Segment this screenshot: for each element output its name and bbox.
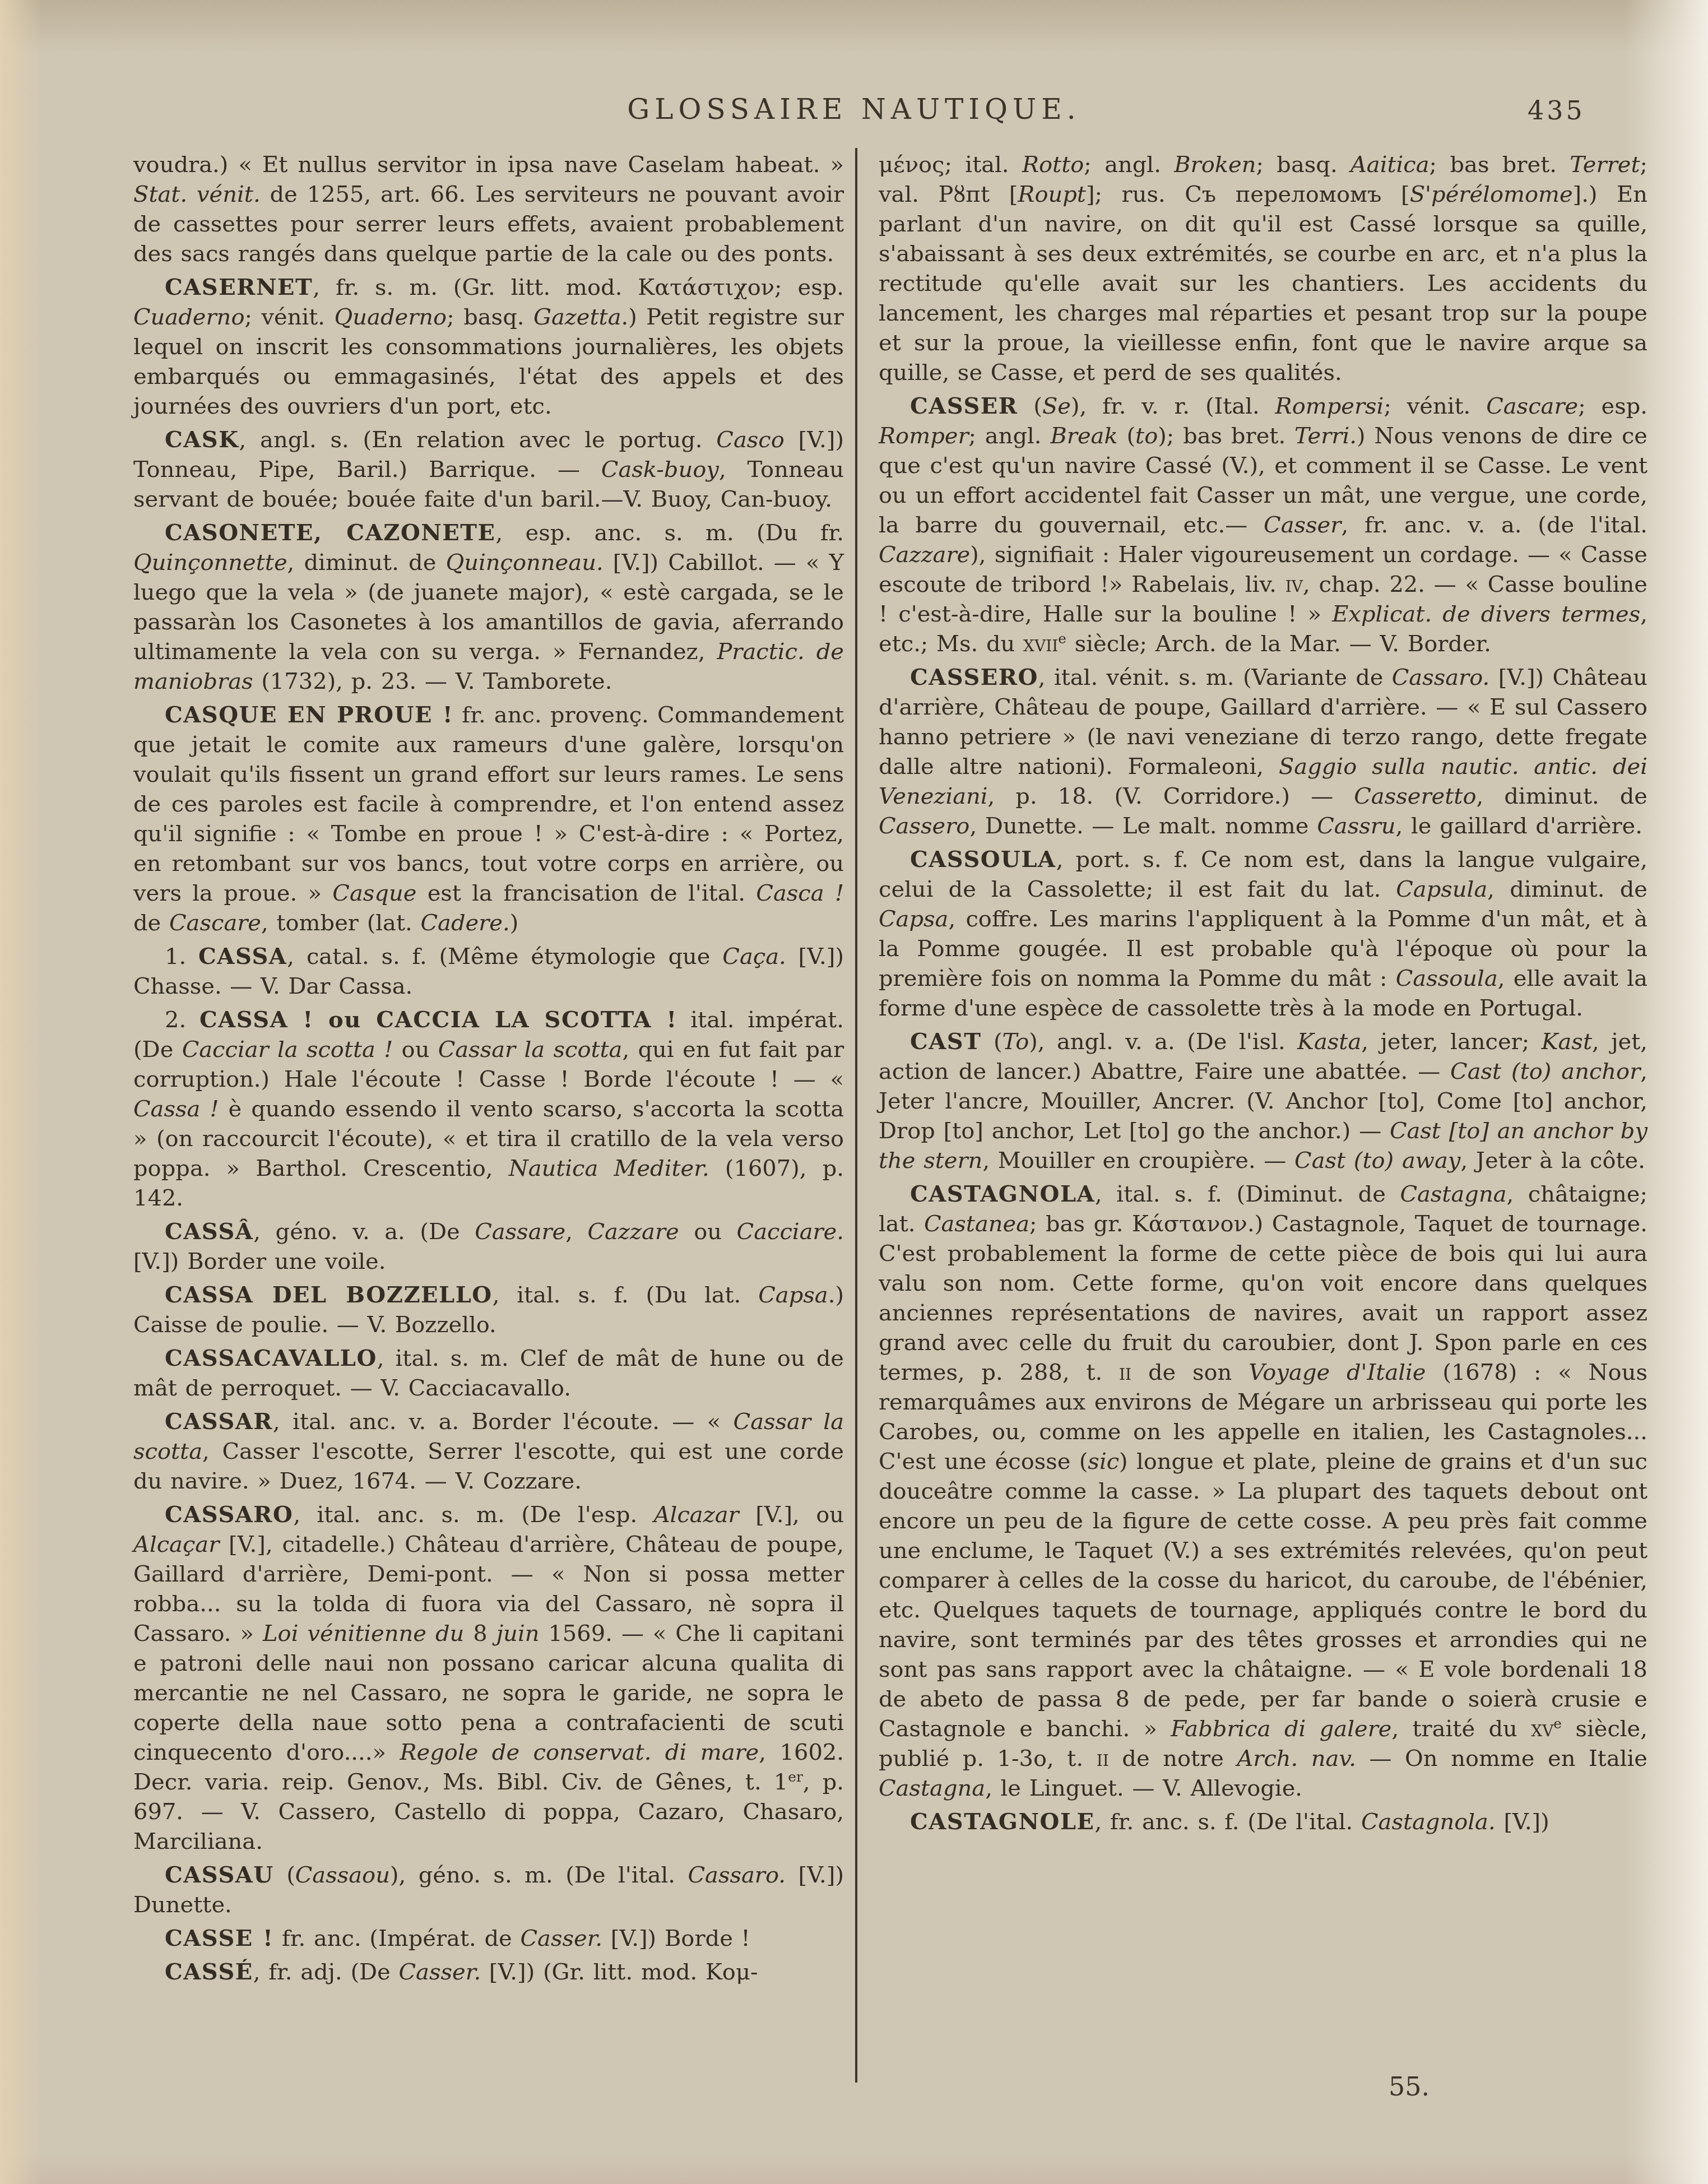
text-run: Kasta xyxy=(1297,1029,1361,1055)
text-run: Break xyxy=(1050,423,1117,449)
text-run: ; basq. xyxy=(447,304,533,330)
text-run: sic xyxy=(1088,1449,1119,1474)
text-run: Cassoula xyxy=(1396,966,1498,991)
entry-paragraph: CASSÂ, géno. v. a. (De Cassare, Cazzare … xyxy=(133,1217,844,1277)
entry-paragraph: CASERNET, fr. s. m. (Gr. litt. mod. Κατά… xyxy=(133,272,844,421)
entry-paragraph: CASSER (Se), fr. v. r. (Ital. Rompersi; … xyxy=(879,391,1647,659)
entry-paragraph: CASSA DEL BOZZELLO, ital. s. f. (Du lat.… xyxy=(133,1280,844,1340)
text-run: Cassa ! xyxy=(133,1096,219,1122)
text-run: Romper xyxy=(879,423,969,449)
text-run: ( xyxy=(1018,393,1042,419)
text-run: , Mouiller en croupière. — xyxy=(982,1148,1294,1174)
column-divider-rule xyxy=(855,148,857,2083)
text-run: siècle; Arch. de la Mar. — V. Border. xyxy=(1066,631,1491,657)
text-run: , diminut. de xyxy=(287,550,446,576)
text-run: ; basq. xyxy=(1256,152,1350,178)
text-run: iv xyxy=(1285,572,1303,597)
text-run: xv xyxy=(1531,1716,1553,1742)
text-run: ; angl. xyxy=(1084,152,1174,178)
text-run: Castagna xyxy=(1400,1181,1506,1207)
text-run: , fr. anc. v. a. (de l'ital. xyxy=(1341,512,1647,538)
text-run: ; angl. xyxy=(969,423,1051,449)
entry-paragraph: CASTAGNOLA, ital. s. f. (Diminut. de Cas… xyxy=(879,1179,1647,1803)
entry-headword: CASSER xyxy=(910,393,1018,419)
book-page: GLOSSAIRE NAUTIQUE. 435 voudra.) « Et nu… xyxy=(0,0,1708,2184)
text-run: Aaitica xyxy=(1350,152,1429,178)
text-run: Roupt xyxy=(1018,182,1086,207)
text-run: [V.]) Borde ! xyxy=(602,1926,750,1951)
text-run: Capsa xyxy=(758,1282,828,1308)
entry-paragraph: CASSACAVALLO, ital. s. m. Clef de mât de… xyxy=(133,1343,844,1403)
text-run: ), fr. v. r. (Ital. xyxy=(1071,393,1275,419)
text-run: , Casser l'escotte, Serrer l'escotte, qu… xyxy=(133,1439,844,1494)
right-column: μένος; ital. Rotto; angl. Broken; basq. … xyxy=(879,150,1647,1840)
text-run: juin xyxy=(496,1621,540,1647)
text-run: xvii xyxy=(1023,631,1058,657)
text-run: ( xyxy=(982,1029,1002,1055)
text-run: Casseretto xyxy=(1354,783,1476,809)
text-run: , tomber (lat. xyxy=(261,910,420,936)
text-run: Casser. xyxy=(520,1926,602,1951)
entry-headword: CASSAR xyxy=(165,1408,273,1435)
text-run: ) xyxy=(510,910,519,936)
text-run: Cazzare xyxy=(879,542,970,568)
text-run: ; vénit. xyxy=(1384,393,1486,419)
text-run: Cazzare xyxy=(588,1219,679,1245)
text-run: Rompersi xyxy=(1275,393,1384,419)
text-run: ii xyxy=(1097,1746,1109,1772)
text-run: Cassru xyxy=(1317,813,1395,839)
text-run: Cast (to) anchor xyxy=(1450,1059,1640,1084)
text-run: [V.]) Border une voile. xyxy=(133,1249,386,1274)
left-column: voudra.) « Et nullus servitor in ipsa na… xyxy=(133,150,844,1991)
text-run: 1. xyxy=(165,944,198,970)
text-run: [V.]) xyxy=(1496,1809,1549,1835)
text-run: , fr. s. m. (Gr. litt. mod. Κατάστιχον; … xyxy=(313,275,844,300)
text-run: , le gaillard d'arrière. xyxy=(1396,813,1642,839)
entry-headword: CASONETE, CAZONETE xyxy=(165,520,496,546)
text-run: fr. anc. provenç. Commandement que jetai… xyxy=(133,702,844,906)
entry-paragraph: 1. CASSA, catal. s. f. (Même étymologie … xyxy=(133,942,844,1001)
text-run: ), géno. s. m. (De l'ital. xyxy=(390,1862,688,1888)
text-run: , le Linguet. — V. Allevogie. xyxy=(985,1775,1302,1801)
entry-paragraph: μένος; ital. Rotto; angl. Broken; basq. … xyxy=(879,150,1647,388)
page-number: 435 xyxy=(1528,95,1585,126)
text-run: ( xyxy=(274,1862,295,1888)
text-run: to xyxy=(1135,423,1158,449)
entry-paragraph: CASSAU (Cassaou), géno. s. m. (De l'ital… xyxy=(133,1860,844,1920)
text-run: Casca ! xyxy=(756,880,844,906)
text-run: , p. 18. (V. Corridore.) — xyxy=(988,783,1354,809)
text-run: 8 xyxy=(464,1621,496,1647)
text-run: Se xyxy=(1042,393,1071,419)
text-run: ou xyxy=(679,1219,737,1245)
text-run: ; esp. xyxy=(1578,393,1647,419)
text-run: de son xyxy=(1131,1360,1248,1385)
text-run: Cascare xyxy=(1486,393,1578,419)
text-run: ); bas bret. xyxy=(1158,423,1294,449)
text-run: , ital. anc. s. m. (De l'esp. xyxy=(293,1502,653,1528)
text-run: Regole de conservat. di mare xyxy=(400,1740,759,1765)
text-run: Broken xyxy=(1174,152,1256,178)
text-run: , catal. s. f. (Même étymologie que xyxy=(287,944,722,970)
entry-paragraph: CAST (To), angl. v. a. (De l'isl. Kasta,… xyxy=(879,1027,1647,1176)
text-run: Cask-buoy xyxy=(601,457,719,483)
text-run: , fr. anc. s. f. (De l'ital. xyxy=(1095,1809,1361,1835)
text-run: [V.]) (Gr. litt. mod. Κομ- xyxy=(481,1959,758,1985)
text-run: er xyxy=(788,1769,803,1785)
text-run: ( xyxy=(1118,423,1135,449)
text-run: Fabbrica di galere xyxy=(1171,1716,1391,1742)
text-run: , diminut. de xyxy=(1487,877,1647,902)
text-run: Explicat. de divers termes xyxy=(1332,601,1640,627)
text-run: est la francisation de l'ital. xyxy=(416,880,756,906)
text-run: , xyxy=(565,1219,587,1245)
text-run: Terri. xyxy=(1294,423,1357,449)
text-run: Cassare xyxy=(475,1219,565,1245)
text-run: Quinçonneau. xyxy=(446,550,604,576)
text-run: ].) En parlant d'un navire, on dit qu'il… xyxy=(879,182,1647,386)
text-run: Cassaou xyxy=(295,1862,390,1888)
text-run: ]; rus. Съ переломомъ [ xyxy=(1086,182,1410,207)
entry-paragraph: CASSARO, ital. anc. s. m. (De l'esp. Alc… xyxy=(133,1500,844,1857)
text-run: Casser xyxy=(1264,512,1341,538)
text-run: voudra.) « Et nullus servitor in ipsa na… xyxy=(133,152,844,178)
text-run: Cacciare. xyxy=(737,1219,844,1245)
text-run: Kast xyxy=(1542,1029,1592,1055)
text-run: Casser. xyxy=(399,1959,481,1985)
entry-paragraph: CASQUE EN PROUE ! fr. anc. provenç. Comm… xyxy=(133,700,844,938)
entry-headword: CASSACAVALLO xyxy=(165,1345,377,1371)
text-run: Alcaçar xyxy=(133,1532,219,1557)
entry-headword: CASSE ! xyxy=(165,1925,273,1951)
entry-paragraph: voudra.) « Et nullus servitor in ipsa na… xyxy=(133,150,844,269)
text-run: Casque xyxy=(332,880,416,906)
text-run: Cadere. xyxy=(420,910,509,936)
entry-headword: CASERNET xyxy=(165,274,313,300)
text-run: , ital. vénit. s. m. (Variante de xyxy=(1038,665,1392,690)
entry-headword: CASSÂ xyxy=(165,1218,253,1245)
text-run: ; bas bret. xyxy=(1429,152,1570,178)
text-run: Cassar la scotta xyxy=(438,1037,623,1063)
text-run: Caça. xyxy=(722,944,786,970)
entry-paragraph: CASTAGNOLE, fr. anc. s. f. (De l'ital. C… xyxy=(879,1807,1647,1837)
text-run: Stat. vénit. xyxy=(133,182,261,207)
entry-paragraph: CASSAR, ital. anc. v. a. Border l'écoute… xyxy=(133,1407,844,1496)
text-run: To xyxy=(1002,1029,1029,1055)
text-run: Cascare xyxy=(169,910,261,936)
text-run: μένος; ital. xyxy=(879,152,1022,178)
text-run: Cacciar la scotta ! xyxy=(182,1037,393,1063)
entry-paragraph: CASSE ! fr. anc. (Impérat. de Casser. [V… xyxy=(133,1923,844,1954)
text-run: Quinçonnette xyxy=(133,550,287,576)
text-run: , géno. v. a. (De xyxy=(253,1219,475,1245)
text-run: Cast (to) away xyxy=(1294,1148,1460,1174)
text-run: , esp. anc. s. m. (Du fr. xyxy=(496,520,844,546)
text-run: 2. xyxy=(165,1007,199,1033)
entry-paragraph: 2. CASSA ! ou CACCIA LA SCOTTA ! ital. i… xyxy=(133,1005,844,1213)
text-run: , traité du xyxy=(1391,1716,1531,1742)
text-run: ), angl. v. a. (De l'isl. xyxy=(1029,1029,1297,1055)
text-run: [V.], ou xyxy=(739,1502,844,1528)
text-run: Castagna xyxy=(879,1775,985,1801)
text-run: Cassaro. xyxy=(688,1862,786,1888)
text-run: Cuaderno xyxy=(133,304,244,330)
text-run: , ital. anc. v. a. Border l'écoute. — « xyxy=(273,1409,733,1435)
text-run: e xyxy=(1058,630,1066,647)
entry-headword: CASSERO xyxy=(910,664,1038,690)
entry-headword: CASK xyxy=(165,426,239,453)
running-header-title: GLOSSAIRE NAUTIQUE. xyxy=(0,93,1708,126)
text-run: , diminut. de xyxy=(1476,783,1647,809)
entry-paragraph: CASK, angl. s. (En relation avec le port… xyxy=(133,425,844,514)
entry-headword: CASSA xyxy=(198,943,287,970)
text-run: e xyxy=(1553,1715,1562,1732)
entry-headword: CASSA ! ou CACCIA LA SCOTTA ! xyxy=(199,1007,677,1033)
text-run: S'pérélomome xyxy=(1410,182,1573,207)
text-run: (1732), p. 23. — V. Tamborete. xyxy=(253,669,612,694)
text-run: , Jeter à la côte. xyxy=(1460,1148,1645,1174)
entry-headword: CAST xyxy=(910,1028,982,1055)
entry-headword: CASTAGNOLA xyxy=(910,1181,1095,1207)
signature-mark: 55. xyxy=(1389,2071,1429,2102)
text-run: Arch. nav. xyxy=(1237,1746,1356,1772)
text-run: Cassaro. xyxy=(1392,665,1490,690)
text-run: Castagnola. xyxy=(1361,1809,1496,1835)
entry-paragraph: CASSOULA, port. s. f. Ce nom est, dans l… xyxy=(879,845,1647,1023)
text-run: Castanea xyxy=(924,1211,1029,1237)
text-run: Casco xyxy=(716,427,784,453)
text-run: , Dunette. — Le malt. nomme xyxy=(969,813,1317,839)
text-run: Terret xyxy=(1570,152,1640,178)
entry-headword: CASSÉ xyxy=(165,1959,253,1985)
entry-paragraph: CASONETE, CAZONETE, esp. anc. s. m. (Du … xyxy=(133,518,844,697)
entry-headword: CASSOULA xyxy=(910,846,1056,873)
entry-paragraph: CASSERO, ital. vénit. s. m. (Variante de… xyxy=(879,662,1647,841)
entry-headword: CASSAU xyxy=(165,1862,274,1888)
text-run: Rotto xyxy=(1022,152,1084,178)
entry-headword: CASSA DEL BOZZELLO xyxy=(165,1282,493,1308)
entry-headword: CASQUE EN PROUE ! xyxy=(165,702,453,728)
text-run: , fr. adj. (De xyxy=(253,1959,399,1985)
text-run: ) longue et plate, pleine de grains et d… xyxy=(879,1449,1647,1742)
text-run: — On nomme en Italie xyxy=(1356,1746,1647,1772)
text-run: Nautica Mediter. xyxy=(509,1156,709,1181)
text-run: Quaderno xyxy=(335,304,447,330)
text-run: Capsa xyxy=(879,906,948,932)
text-run: Loi vénitienne du xyxy=(263,1621,464,1647)
text-run: Alcazar xyxy=(654,1502,739,1528)
entry-headword: CASTAGNOLE xyxy=(910,1809,1095,1835)
text-run: Voyage d'Italie xyxy=(1248,1360,1426,1385)
text-run: ii xyxy=(1119,1360,1131,1385)
text-run: de notre xyxy=(1109,1746,1237,1772)
text-run: fr. anc. (Impérat. de xyxy=(273,1926,520,1951)
text-run: ou xyxy=(393,1037,438,1063)
text-run: Gazetta xyxy=(533,304,621,330)
text-run: , angl. s. (En relation avec le portug. xyxy=(239,427,717,453)
entry-paragraph: CASSÉ, fr. adj. (De Casser. [V.]) (Gr. l… xyxy=(133,1957,844,1987)
text-run: de xyxy=(133,910,169,936)
text-run: , ital. s. f. (Diminut. de xyxy=(1095,1181,1400,1207)
text-run: ; vénit. xyxy=(244,304,334,330)
text-run: Cassero xyxy=(879,813,969,839)
text-run: Capsula xyxy=(1396,877,1487,902)
text-run: , jeter, lancer; xyxy=(1361,1029,1541,1055)
text-run: , ital. s. f. (Du lat. xyxy=(493,1282,759,1308)
entry-headword: CASSARO xyxy=(165,1501,293,1528)
